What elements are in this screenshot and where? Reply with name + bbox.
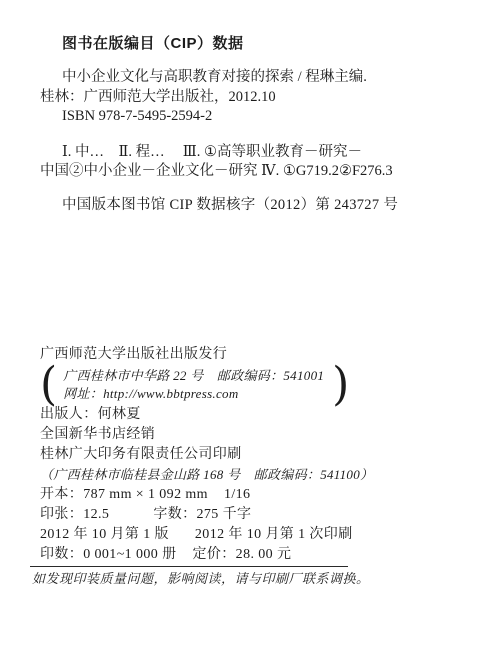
close-paren-glyph: )	[332, 364, 349, 406]
open-paren-glyph: (	[40, 364, 57, 406]
format-line: 开本：787 mm × 1 092 mm1/16	[40, 485, 460, 505]
publisher-address-lines: 广西桂林市中华路 22 号 邮政编码：541001 网址：http://www.…	[63, 367, 324, 403]
cip-record-number: 中国版本图书馆 CIP 数据核字（2012）第 243727 号	[62, 196, 460, 216]
publisher-street-address: 广西桂林市中华路 22 号 邮政编码：541001	[63, 367, 324, 385]
cip-entry-isbn-line: ISBN 978-7-5495-2594-2	[62, 107, 460, 127]
cip-title: 图书在版编目（CIP）数据	[62, 34, 460, 54]
printing-value: 2012 年 10 月第 1 次印刷	[195, 527, 353, 542]
publisher-website: 网址：http://www.bbtpress.com	[63, 385, 324, 403]
sheets-line: 印张：12.5字数：275 千字	[40, 505, 460, 525]
print-run-value: 印数：0 001~1 000 册	[40, 547, 176, 562]
publishing-block: 广西师范大学出版社出版发行 ( 广西桂林市中华路 22 号 邮政编码：54100…	[40, 345, 460, 565]
printer-line: 桂林广大印务有限责任公司印刷	[40, 445, 460, 465]
sheets-value: 印张：12.5	[40, 507, 109, 522]
format-value: 开本：787 mm × 1 092 mm	[40, 487, 208, 502]
publisher-address-group: ( 广西桂林市中华路 22 号 邮政编码：541001 网址：http://ww…	[40, 365, 460, 405]
printer-address-line: （广西桂林市临桂县金山路 168 号 邮政编码：541100）	[40, 465, 460, 485]
cip-subject-line2: 中国②中小企业－企业文化－研究 Ⅳ. ①G719.2②F276.3	[40, 162, 460, 182]
footer: 如发现印装质量问题，影响阅读，请与印刷厂联系调换。	[40, 566, 460, 588]
word-count-value: 字数：275 千字	[153, 507, 251, 522]
cip-entry: 中小企业文化与高职教育对接的探索 / 程琳主编. 桂林：广西师范大学出版社，20…	[40, 68, 460, 127]
price-value: 定价：28. 00 元	[192, 547, 291, 562]
publisher-line: 广西师范大学出版社出版发行	[40, 345, 460, 365]
publisher-person-line: 出版人：何林夏	[40, 405, 460, 425]
copyright-page: 图书在版编目（CIP）数据 中小企业文化与高职教育对接的探索 / 程琳主编. 桂…	[0, 0, 500, 653]
cip-entry-title-line: 中小企业文化与高职教育对接的探索 / 程琳主编.	[62, 68, 460, 88]
cip-entry-publisher-line: 桂林：广西师范大学出版社，2012.10	[40, 88, 460, 108]
footer-divider	[30, 566, 348, 567]
cip-block: 图书在版编目（CIP）数据 中小企业文化与高职教育对接的探索 / 程琳主编. 桂…	[40, 34, 460, 215]
format-fraction: 1/16	[224, 487, 251, 502]
cip-subject: Ⅰ. 中… Ⅱ. 程… Ⅲ. ①高等职业教育－研究－ 中国②中小企业－企业文化－…	[40, 143, 460, 182]
print-run-line: 印数：0 001~1 000 册定价：28. 00 元	[40, 545, 460, 565]
edition-line: 2012 年 10 月第 1 版2012 年 10 月第 1 次印刷	[40, 525, 460, 545]
quality-note: 如发现印装质量问题，影响阅读，请与印刷厂联系调换。	[32, 570, 460, 588]
edition-value: 2012 年 10 月第 1 版	[40, 527, 169, 542]
cip-subject-line1: Ⅰ. 中… Ⅱ. 程… Ⅲ. ①高等职业教育－研究－	[62, 143, 460, 163]
distribution-line: 全国新华书店经销	[40, 425, 460, 445]
